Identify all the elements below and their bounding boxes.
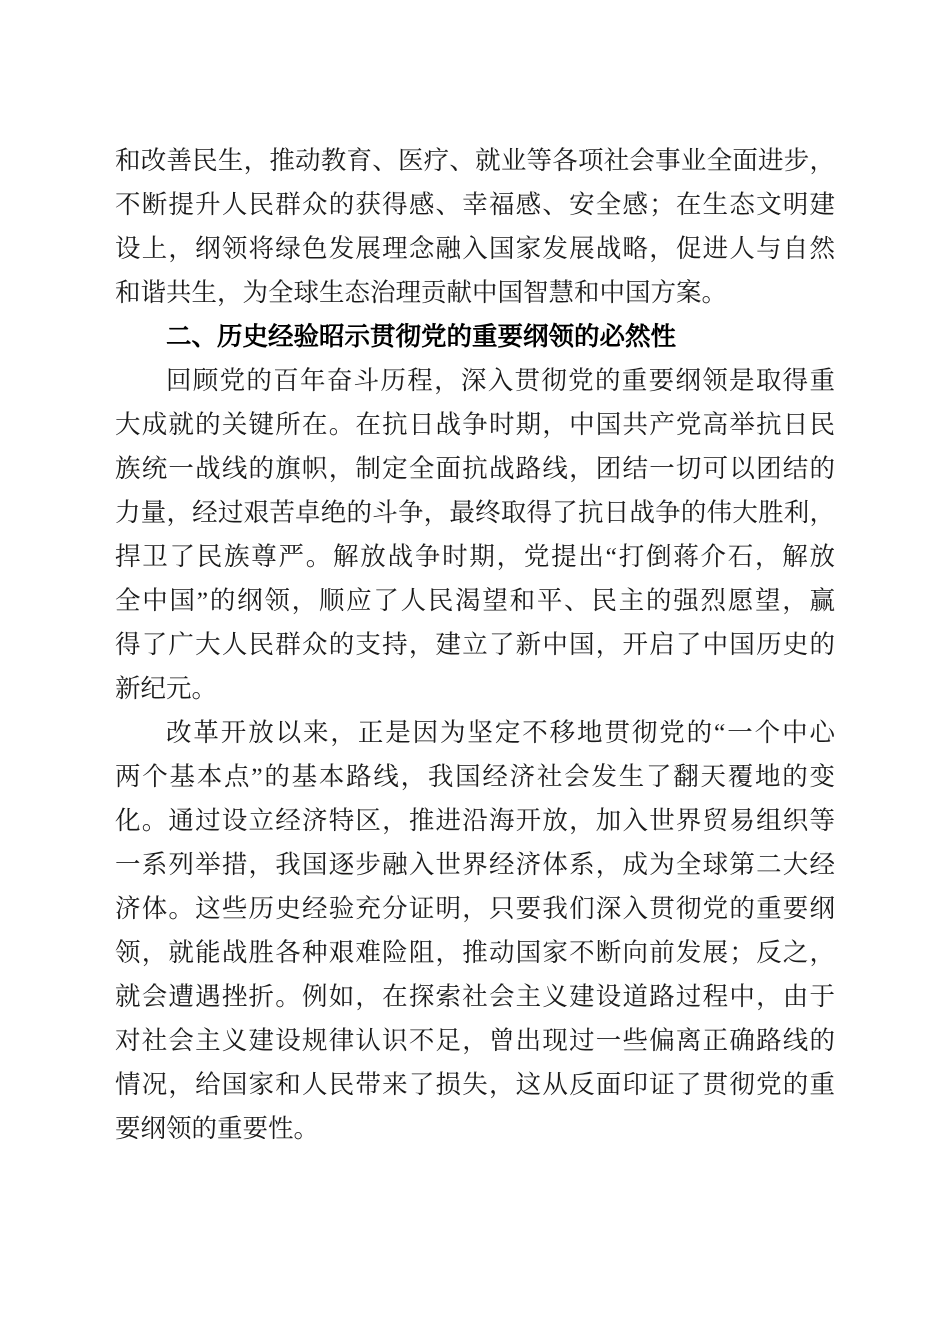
text-line: 情况，给国家和人民带来了损失，这从反面印证了贯彻党的重 <box>115 1063 835 1107</box>
text-line: 就会遭遇挫折。例如，在探索社会主义建设道路过程中，由于 <box>115 975 835 1019</box>
text-line: 一系列举措，我国逐步融入世界经济体系，成为全球第二大经 <box>115 843 835 887</box>
text-line: 对社会主义建设规律认识不足，曾出现过一些偏离正确路线的 <box>115 1019 835 1063</box>
text-line: 新纪元。 <box>115 667 835 711</box>
text-line: 济体。这些历史经验充分证明，只要我们深入贯彻党的重要纲 <box>115 887 835 931</box>
paragraph: 和改善民生，推动教育、医疗、就业等各项社会事业全面进步，不断提升人民群众的获得感… <box>115 139 835 315</box>
text-line: 全中国”的纲领，顺应了人民渴望和平、民主的强烈愿望，赢 <box>115 579 835 623</box>
text-line: 不断提升人民群众的获得感、幸福感、安全感；在生态文明建 <box>115 183 835 227</box>
text-line: 大成就的关键所在。在抗日战争时期，中国共产党高举抗日民 <box>115 403 835 447</box>
paragraph: 改革开放以来，正是因为坚定不移地贯彻党的“一个中心两个基本点”的基本路线，我国经… <box>115 711 835 1151</box>
text-line: 族统一战线的旗帜，制定全面抗战路线，团结一切可以团结的 <box>115 447 835 491</box>
text-line: 两个基本点”的基本路线，我国经济社会发生了翻天覆地的变 <box>115 755 835 799</box>
text-line: 回顾党的百年奋斗历程，深入贯彻党的重要纲领是取得重 <box>115 359 835 403</box>
document-page: 和改善民生，推动教育、医疗、就业等各项社会事业全面进步，不断提升人民群众的获得感… <box>0 0 950 1344</box>
text-line: 领，就能战胜各种艰难险阻，推动国家不断向前发展；反之， <box>115 931 835 975</box>
text-line: 要纲领的重要性。 <box>115 1107 835 1151</box>
text-line: 设上，纲领将绿色发展理念融入国家发展战略，促进人与自然 <box>115 227 835 271</box>
text-line: 和改善民生，推动教育、医疗、就业等各项社会事业全面进步， <box>115 139 835 183</box>
text-line: 改革开放以来，正是因为坚定不移地贯彻党的“一个中心 <box>115 711 835 755</box>
text-line: 化。通过设立经济特区，推进沿海开放，加入世界贸易组织等 <box>115 799 835 843</box>
text-line: 得了广大人民群众的支持，建立了新中国，开启了中国历史的 <box>115 623 835 667</box>
document-body: 和改善民生，推动教育、医疗、就业等各项社会事业全面进步，不断提升人民群众的获得感… <box>115 139 835 1151</box>
text-line: 和谐共生，为全球生态治理贡献中国智慧和中国方案。 <box>115 271 835 315</box>
section-heading: 二、历史经验昭示贯彻党的重要纲领的必然性 <box>115 315 835 359</box>
heading-line: 二、历史经验昭示贯彻党的重要纲领的必然性 <box>115 315 835 359</box>
text-line: 力量，经过艰苦卓绝的斗争，最终取得了抗日战争的伟大胜利， <box>115 491 835 535</box>
text-line: 捍卫了民族尊严。解放战争时期，党提出“打倒蒋介石，解放 <box>115 535 835 579</box>
paragraph: 回顾党的百年奋斗历程，深入贯彻党的重要纲领是取得重大成就的关键所在。在抗日战争时… <box>115 359 835 711</box>
